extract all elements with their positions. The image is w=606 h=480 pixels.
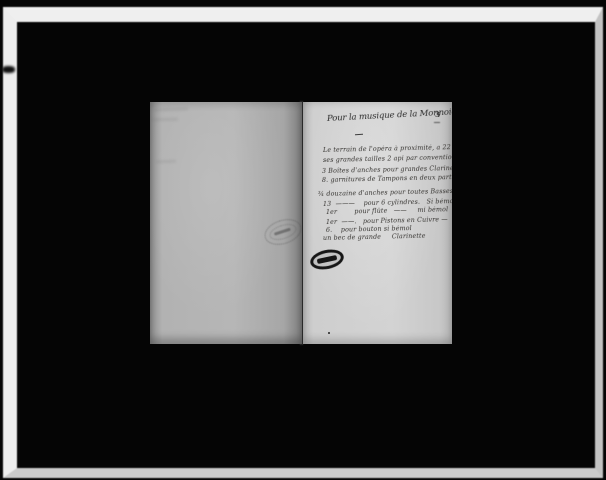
ink-bleed-mark (154, 107, 188, 111)
handwriting-line: ses grandes tailles 2 api par convention… (323, 155, 452, 164)
title-underline-mark (355, 134, 363, 136)
handwriting-line: 1er pour flûte —— mi bémol (326, 207, 448, 216)
handwriting-line: ¾ douzaine d'anches pour toutes Basses m… (318, 188, 452, 198)
handwriting-line: 8. garnitures de Tampons en deux parties (322, 175, 452, 184)
handwriting-line: un bec de grande Clarinette (323, 234, 426, 243)
ink-speck (328, 332, 330, 334)
left-page-blank (150, 102, 302, 344)
right-page-manuscript: 3 Pour la musique de la Monnoie Le terra… (303, 102, 452, 344)
handwriting-line: Le terrain de l'opéra à proximité, a 22 … (323, 145, 452, 155)
ink-bleed-mark (152, 118, 178, 121)
faint-oval-stamp-icon (261, 215, 305, 250)
page-number-underline (434, 122, 440, 123)
film-frame-blemish (2, 66, 15, 73)
microfilm-scan: 3 Pour la musique de la Monnoie Le terra… (0, 0, 606, 480)
archive-stamp-center-text (317, 255, 338, 264)
ink-bleed-mark (156, 160, 176, 164)
dark-oval-archive-stamp-icon (308, 247, 345, 273)
